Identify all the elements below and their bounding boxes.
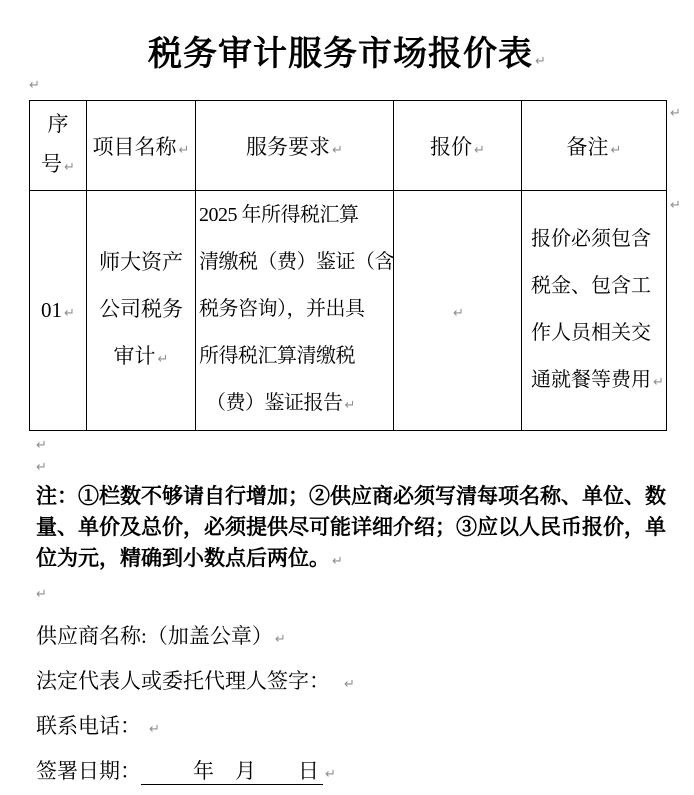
document-page: 税务审计服务市场报价表↵ ↵ 序 号↵ 项目名称↵ 服务要求↵ 报价↵ 备注↵ … [0, 0, 694, 795]
signature-line: 法定代表人或委托代理人签字：↵ [36, 665, 355, 695]
note-line: 量、单价及总价，必须提供尽可能详细介绍；③应以人民币报价，单 [36, 512, 686, 543]
paragraph-mark-icon: ↵ [158, 352, 169, 367]
note-last-line: 位为元，精确到小数点后两位。↵ [36, 543, 686, 577]
cell-price-empty: ↵ [394, 191, 522, 431]
project-last-line: 审计↵ [87, 333, 195, 383]
row-end-mark-icon: ↵ [670, 198, 681, 213]
paragraph-mark-icon: ↵ [611, 143, 622, 158]
remark-last-line: 通就餐等费用↵ [522, 357, 666, 406]
header-index-line2: 号↵ [30, 144, 86, 188]
paragraph-mark-icon: ↵ [64, 160, 75, 175]
paragraph-mark-icon: ↵ [36, 460, 47, 475]
paragraph-mark-icon: ↵ [36, 587, 47, 602]
paragraph-mark-icon: ↵ [149, 722, 160, 737]
quotation-table: 序 号↵ 项目名称↵ 服务要求↵ 报价↵ 备注↵ 01↵ 师大资产 公司税务 审… [29, 100, 667, 431]
paragraph-mark-icon: ↵ [345, 398, 356, 413]
paragraph-mark-icon: ↵ [36, 438, 47, 453]
paragraph-mark-icon: ↵ [64, 306, 75, 321]
paragraph-mark-icon: ↵ [453, 306, 464, 321]
paragraph-mark-icon: ↵ [535, 54, 546, 69]
table-header-row: 序 号↵ 项目名称↵ 服务要求↵ 报价↵ 备注↵ [30, 101, 667, 191]
paragraph-mark-icon: ↵ [325, 767, 336, 782]
date-label: 签署日期： [36, 759, 141, 783]
note-line: 注：①栏数不够请自行增加；②供应商必须写清每项名称、单位、数 [36, 481, 686, 512]
cell-remarks: 报价必须包含 税金、包含工 作人员相关交 通就餐等费用↵ [522, 191, 667, 431]
header-cell-index: 序 号↵ [30, 101, 87, 191]
phone-line: 联系电话：↵ [36, 710, 160, 740]
header-cell-price: 报价↵ [394, 101, 522, 191]
header-index-line1: 序 [30, 104, 86, 144]
paragraph-mark-icon: ↵ [332, 143, 343, 158]
supplier-name-line: 供应商名称:（加盖公章）↵ [36, 620, 286, 650]
paragraph-mark-icon: ↵ [474, 143, 485, 158]
row-end-mark-icon: ↵ [670, 106, 681, 121]
header-cell-project: 项目名称↵ [87, 101, 196, 191]
paragraph-mark-icon: ↵ [653, 375, 664, 390]
page-title: 税务审计服务市场报价表↵ [0, 26, 694, 75]
header-cell-remark: 备注↵ [522, 101, 667, 191]
header-cell-service: 服务要求↵ [196, 101, 394, 191]
paragraph-mark-icon: ↵ [29, 78, 40, 93]
date-line: 签署日期： 年 月 日↵ [36, 755, 336, 785]
note-paragraph: 注：①栏数不够请自行增加；②供应商必须写清每项名称、单位、数 量、单价及总价，必… [36, 481, 686, 577]
table-row: 01↵ 师大资产 公司税务 审计↵ 2025 年所得税汇算 清缴税（费）鉴证（含… [30, 191, 667, 431]
paragraph-mark-icon: ↵ [344, 677, 355, 692]
paragraph-mark-icon: ↵ [179, 143, 190, 158]
paragraph-mark-icon: ↵ [275, 632, 286, 647]
date-blank-field: 年 月 日 [141, 759, 323, 785]
service-last-line: （费）鉴证报告↵ [196, 380, 393, 429]
paragraph-mark-icon: ↵ [332, 554, 343, 569]
cell-index: 01↵ [30, 191, 87, 431]
cell-project-name: 师大资产 公司税务 审计↵ [87, 191, 196, 431]
cell-service-requirements: 2025 年所得税汇算 清缴税（费）鉴证（含 税务咨询），并出具 所得税汇算清缴… [196, 191, 394, 431]
page-title-text: 税务审计服务市场报价表 [148, 36, 533, 73]
